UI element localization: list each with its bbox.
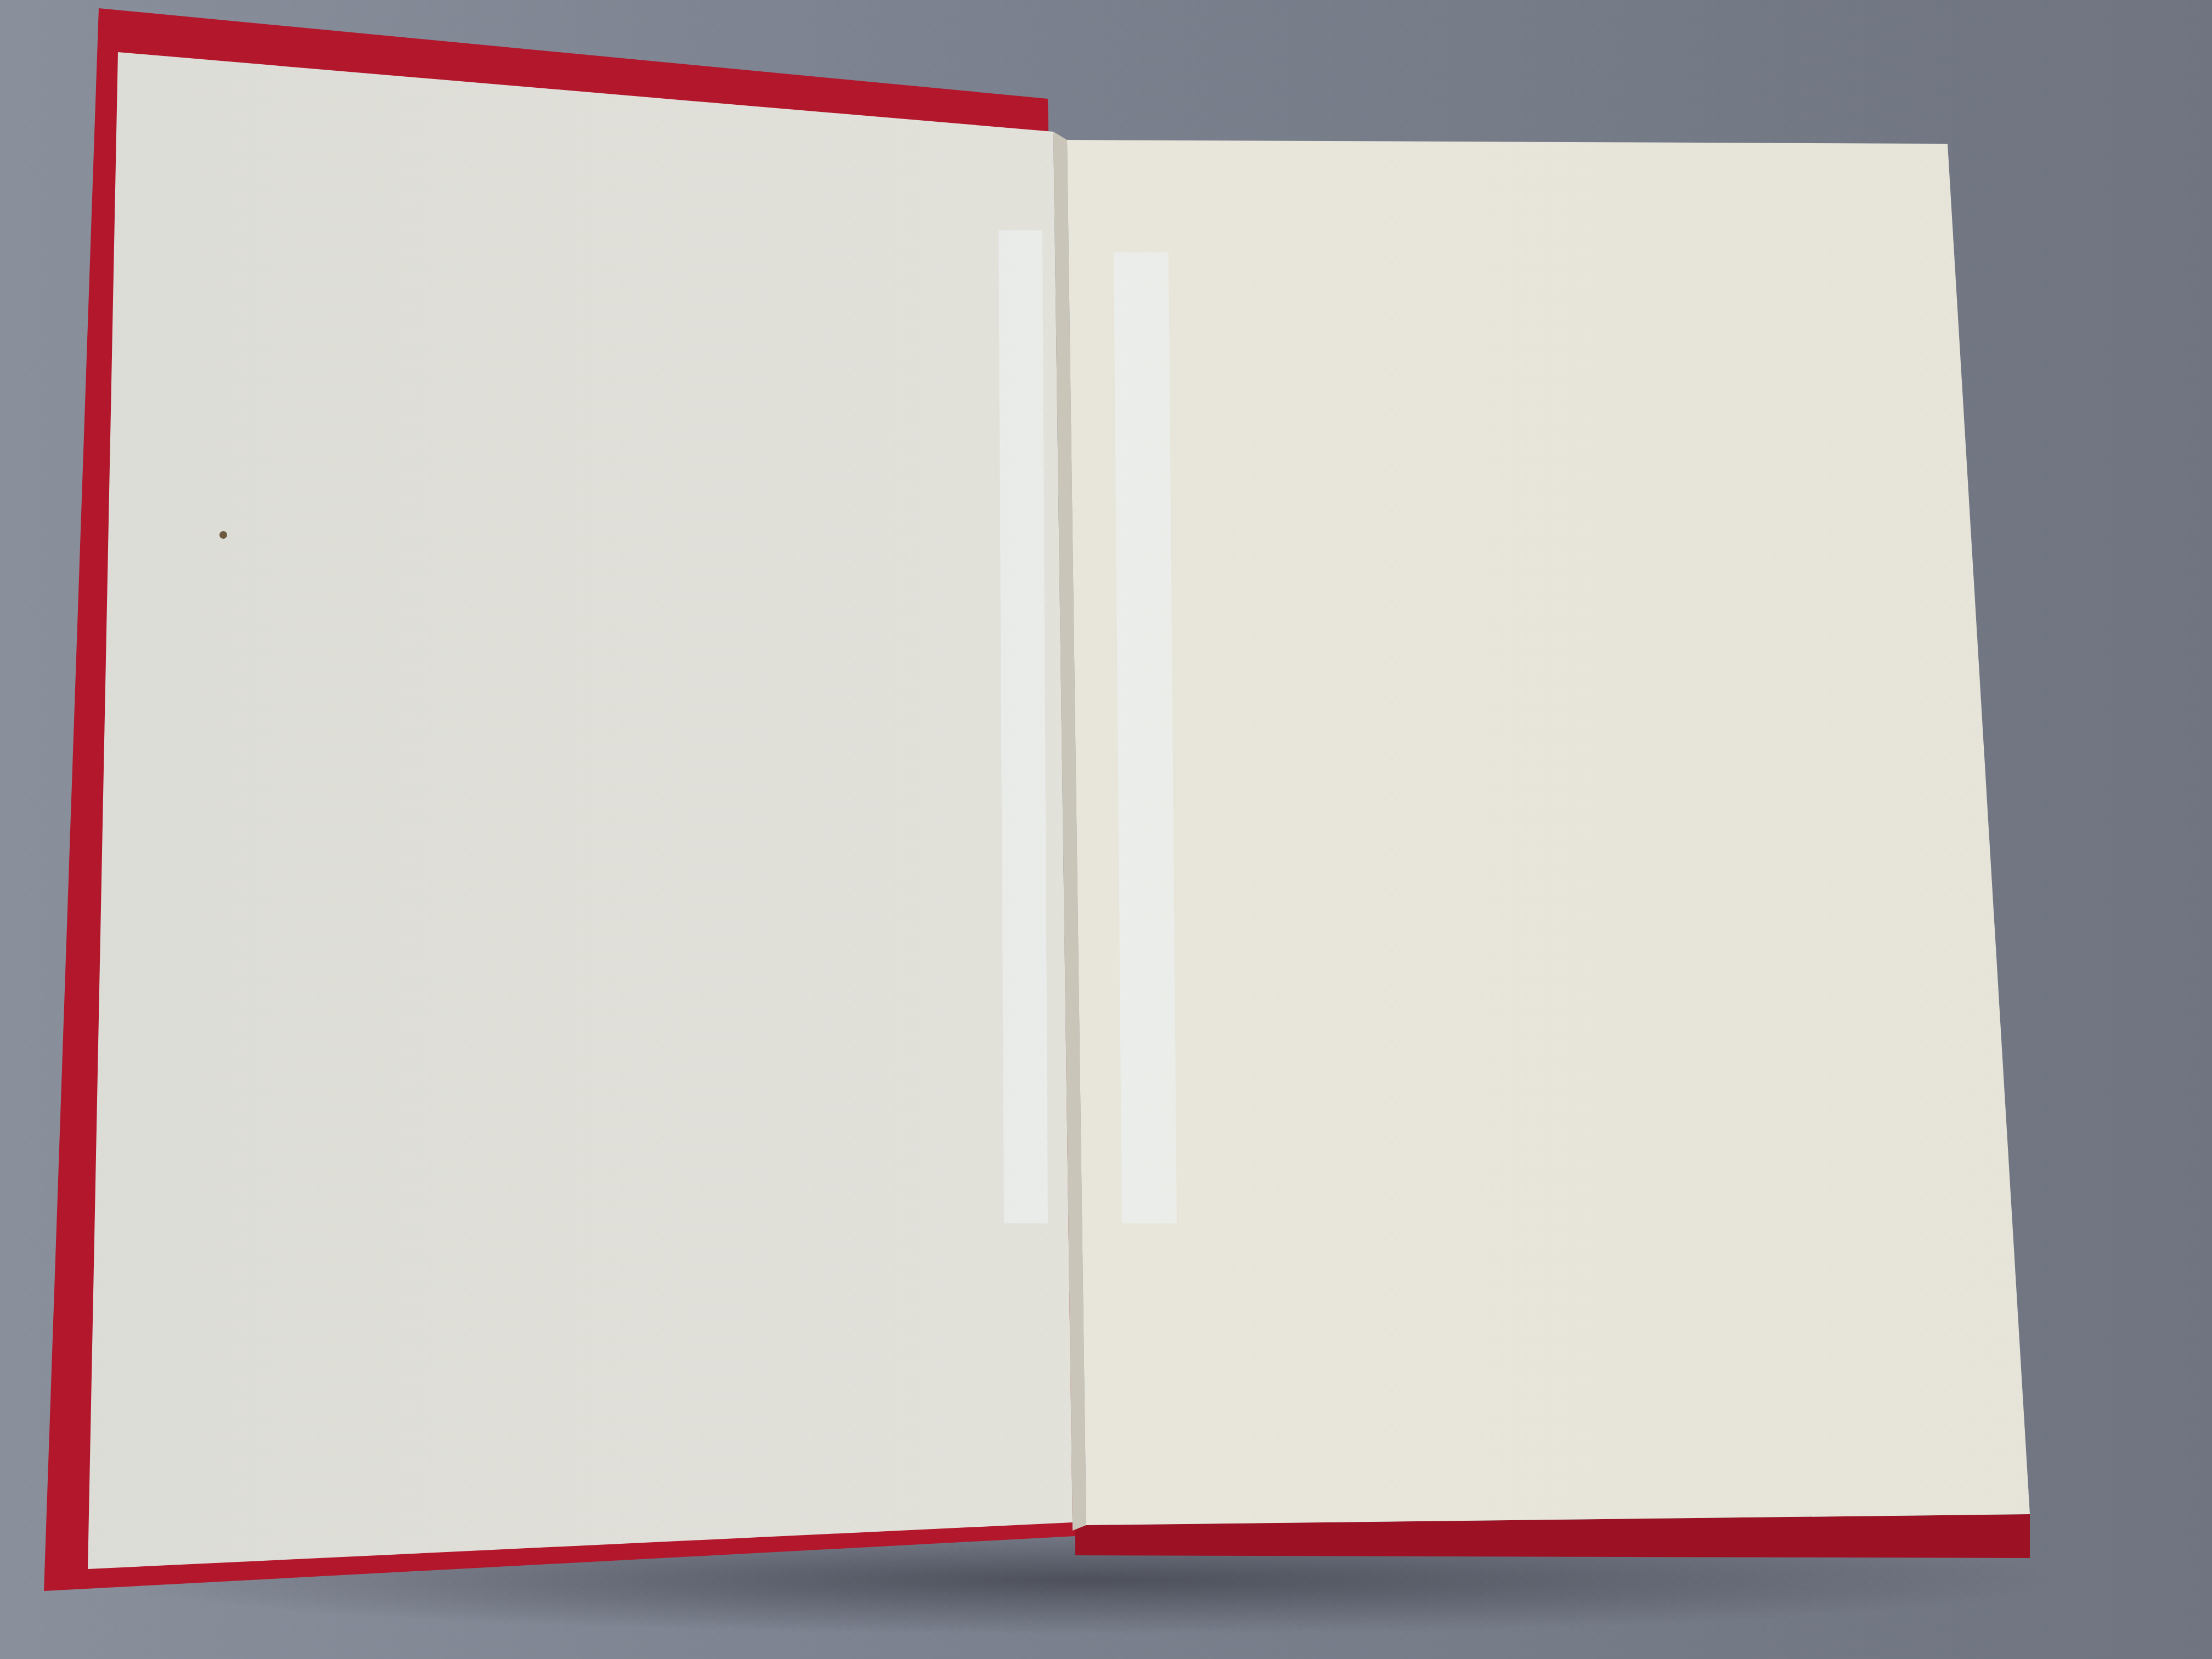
paper-blemish	[219, 531, 227, 539]
photo-scene	[0, 0, 2212, 1659]
